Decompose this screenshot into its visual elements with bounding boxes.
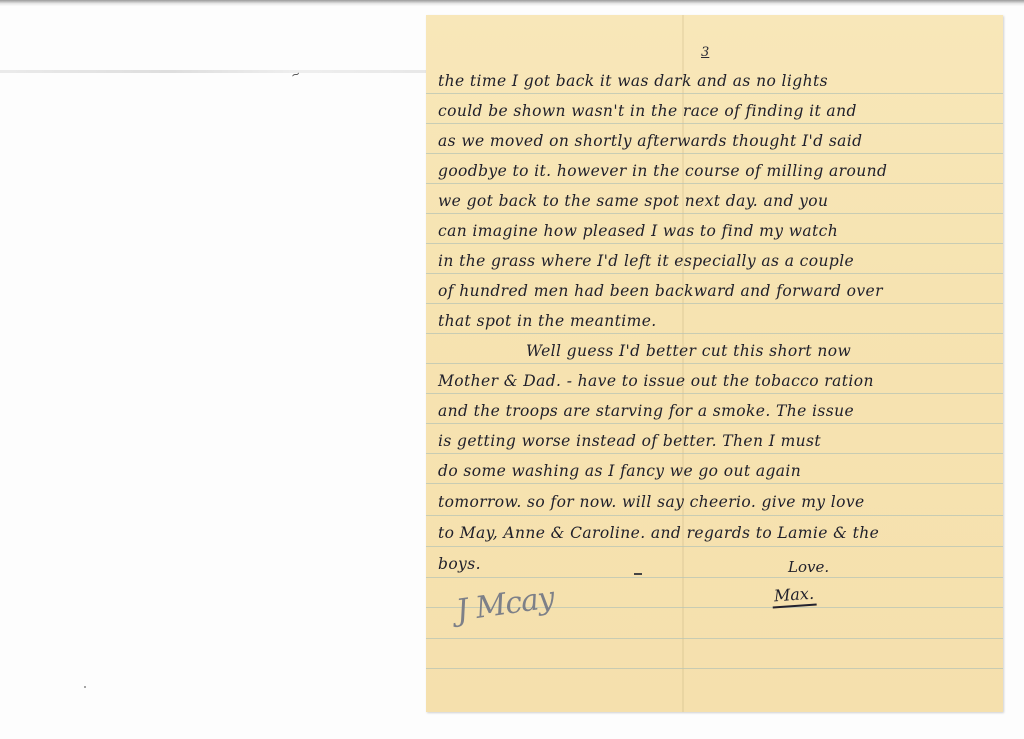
ruled-line bbox=[426, 393, 1003, 394]
ruled-line bbox=[426, 333, 1003, 334]
ruled-line bbox=[426, 243, 1003, 244]
ruled-line bbox=[426, 93, 1003, 94]
dash-mark bbox=[634, 573, 642, 575]
pencil-annotation: J Mcay bbox=[454, 580, 556, 628]
ruled-line bbox=[426, 183, 1003, 184]
letter-page: 3 the time I got back it was dark and as… bbox=[426, 15, 1003, 712]
letter-line: to May, Anne & Caroline. and regards to … bbox=[438, 524, 879, 542]
signature: Max. bbox=[771, 583, 816, 608]
closing-love: Love. bbox=[788, 558, 829, 576]
page-number: 3 bbox=[701, 45, 709, 60]
ruled-line bbox=[426, 363, 1003, 364]
ruled-line bbox=[426, 668, 1003, 669]
letter-line: tomorrow. so for now. will say cheerio. … bbox=[438, 493, 865, 511]
ruled-line bbox=[426, 483, 1003, 484]
ruled-line bbox=[426, 638, 1003, 639]
ruled-line bbox=[426, 577, 1003, 578]
ruled-line bbox=[426, 273, 1003, 274]
ruled-line bbox=[426, 546, 1003, 547]
letter-line: Mother & Dad. - have to issue out the to… bbox=[438, 372, 874, 390]
ruled-line bbox=[426, 515, 1003, 516]
ruled-line bbox=[426, 153, 1003, 154]
letter-line: boys. bbox=[438, 555, 481, 573]
letter-line: can imagine how pleased I was to find my… bbox=[438, 222, 838, 240]
letter-line: in the grass where I'd left it especiall… bbox=[438, 252, 854, 270]
letter-line: and the troops are starving for a smoke.… bbox=[438, 402, 854, 420]
ruled-line bbox=[426, 453, 1003, 454]
letter-line: the time I got back it was dark and as n… bbox=[438, 72, 828, 90]
ruled-line bbox=[426, 423, 1003, 424]
ruled-line bbox=[426, 123, 1003, 124]
letter-line: is getting worse instead of better. Then… bbox=[438, 432, 821, 450]
ruled-line bbox=[426, 303, 1003, 304]
ruled-line bbox=[426, 213, 1003, 214]
letter-line: that spot in the meantime. bbox=[438, 312, 657, 330]
letter-line: do some washing as I fancy we go out aga… bbox=[438, 462, 801, 480]
letter-line: as we moved on shortly afterwards though… bbox=[438, 132, 863, 150]
letter-line: of hundred men had been backward and for… bbox=[438, 282, 883, 300]
scan-dot bbox=[84, 686, 86, 688]
scan-fold-mark bbox=[0, 70, 426, 73]
scan-edge-shadow bbox=[0, 0, 1024, 6]
letter-line: Well guess I'd better cut this short now bbox=[526, 342, 851, 360]
letter-line: goodbye to it. however in the course of … bbox=[438, 162, 887, 180]
letter-line: we got back to the same spot next day. a… bbox=[438, 192, 828, 210]
letter-line: could be shown wasn't in the race of fin… bbox=[438, 102, 857, 120]
